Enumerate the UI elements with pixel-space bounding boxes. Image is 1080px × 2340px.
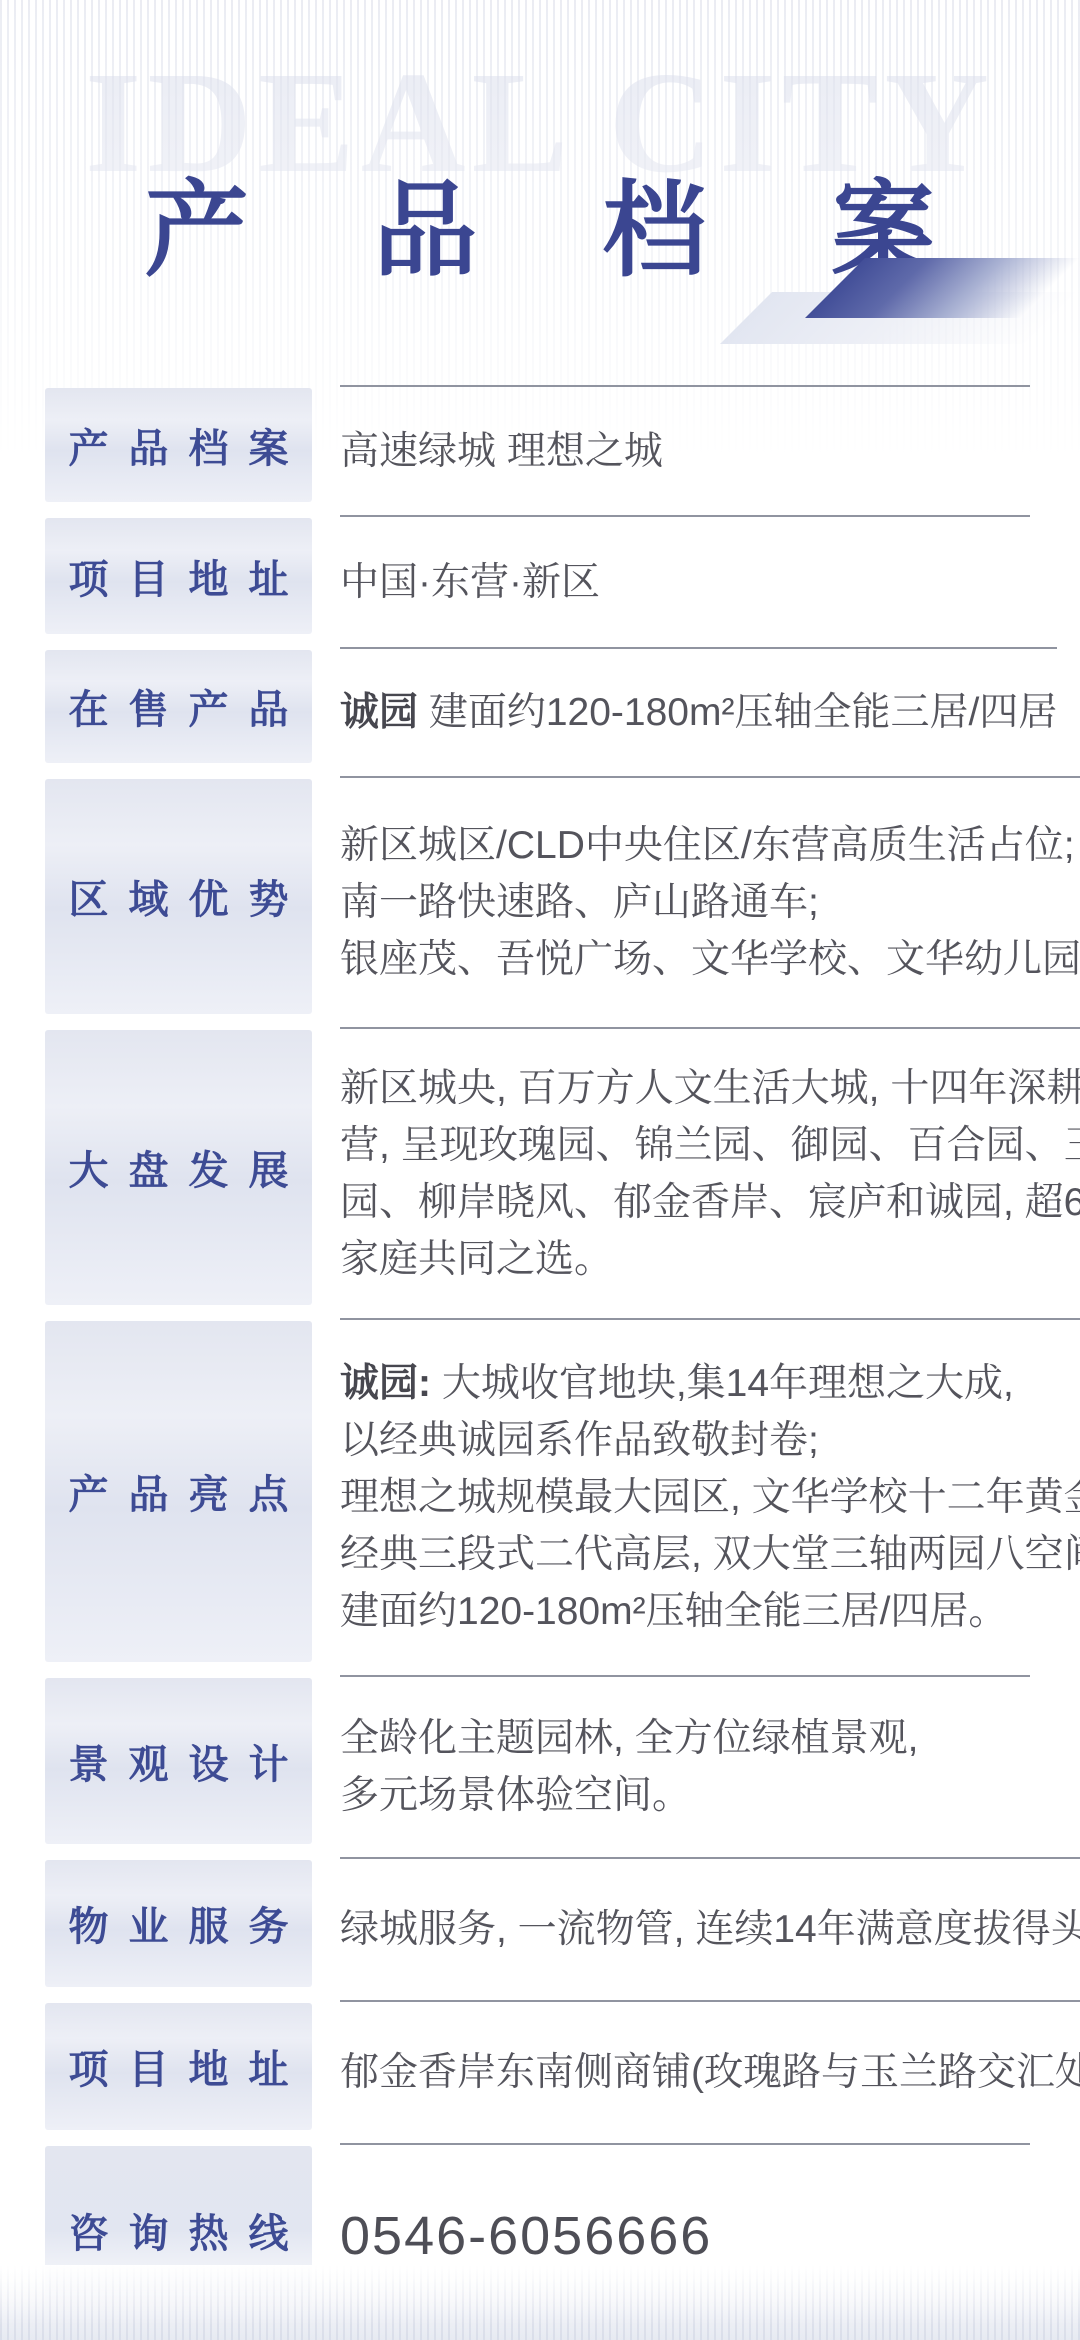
- row-label-block: 产品亮点: [45, 1321, 312, 1662]
- hotline-number: 0546-6056666: [340, 2208, 1030, 2265]
- row-content: 全龄化主题园林, 全方位绿植景观, 多元场景体验空间。: [340, 1675, 1030, 1857]
- row-label-block: 项目地址: [45, 518, 312, 634]
- info-table: 产品档案 高速绿城 理想之城 项目地址 中国·东营·新区 在售产品 诚园 建面约…: [0, 385, 1080, 2328]
- content-line: 以经典诚园系作品致敬封卷;: [340, 1412, 1080, 1469]
- row-content: 郁金香岸东南侧商铺(玫瑰路与玉兰路交汇处): [340, 2000, 1080, 2143]
- row-content: 新区城区/CLD中央住区/东营高质生活占位; 南一路快速路、庐山路通车; 银座茂…: [340, 776, 1080, 1027]
- row-project-address-2: 项目地址 郁金香岸东南侧商铺(玫瑰路与玉兰路交汇处): [0, 2000, 1080, 2143]
- row-content: 诚园 建面约120-180m²压轴全能三居/四居: [340, 647, 1057, 776]
- bold-prefix: 诚园: [340, 691, 418, 734]
- row-property-service: 物业服务 绿城服务, 一流物管, 连续14年满意度拔得头筹: [0, 1857, 1080, 2000]
- bottom-gradient-band: [0, 2265, 1080, 2340]
- row-content: 新区城央, 百万方人文生活大城, 十四年深耕东 营, 呈现玫瑰园、锦兰园、御园、…: [340, 1027, 1080, 1318]
- content-line: 中国·东营·新区: [340, 554, 1030, 611]
- content-text: 建面约120-180m²压轴全能三居/四居: [418, 691, 1057, 734]
- row-label-block: 项目地址: [45, 2003, 312, 2130]
- content-line: 新区城央, 百万方人文生活大城, 十四年深耕东: [340, 1060, 1080, 1117]
- content-line: 诚园 建面约120-180m²压轴全能三居/四居: [340, 684, 1057, 741]
- content-line: 建面约120-180m²压轴全能三居/四居。: [340, 1583, 1080, 1640]
- content-line: 新区城区/CLD中央住区/东营高质生活占位;: [340, 817, 1080, 874]
- content-line: 家庭共同之选。: [340, 1231, 1080, 1288]
- row-content: 中国·东营·新区: [340, 515, 1030, 647]
- content-line: 多元场景体验空间。: [340, 1767, 1030, 1824]
- row-label: 物业服务: [69, 1895, 309, 1952]
- content-line: 诚园: 大城收官地块,集14年理想之大成,: [340, 1355, 1080, 1412]
- row-label-block: 产品档案: [45, 388, 312, 502]
- content-line: 南一路快速路、庐山路通车;: [340, 874, 1080, 931]
- content-line: 理想之城规模最大园区, 文华学校十二年黄金教育链;: [340, 1469, 1080, 1526]
- row-regional-advantage: 区域优势 新区城区/CLD中央住区/东营高质生活占位; 南一路快速路、庐山路通车…: [0, 776, 1080, 1027]
- row-content: 高速绿城 理想之城: [340, 385, 1030, 515]
- row-project-address: 项目地址 中国·东营·新区: [0, 515, 1080, 647]
- row-label: 产品档案: [69, 417, 309, 474]
- row-masterplan-development: 大盘发展 新区城央, 百万方人文生活大城, 十四年深耕东 营, 呈现玫瑰园、锦兰…: [0, 1027, 1080, 1318]
- row-content: 诚园: 大城收官地块,集14年理想之大成, 以经典诚园系作品致敬封卷; 理想之城…: [340, 1318, 1080, 1675]
- row-label-block: 区域优势: [45, 779, 312, 1014]
- content-text: 大城收官地块,集14年理想之大成,: [431, 1362, 1014, 1405]
- row-product-highlights: 产品亮点 诚园: 大城收官地块,集14年理想之大成, 以经典诚园系作品致敬封卷;…: [0, 1318, 1080, 1675]
- row-label: 咨询热线: [69, 2202, 309, 2259]
- row-label-block: 大盘发展: [45, 1030, 312, 1305]
- row-label: 大盘发展: [69, 1139, 309, 1196]
- content-line: 郁金香岸东南侧商铺(玫瑰路与玉兰路交汇处): [340, 2044, 1080, 2101]
- row-label-block: 在售产品: [45, 650, 312, 763]
- row-label-block: 景观设计: [45, 1678, 312, 1844]
- content-line: 园、柳岸晓风、郁金香岸、宸庐和诚园, 超6000户: [340, 1174, 1080, 1231]
- row-on-sale-product: 在售产品 诚园 建面约120-180m²压轴全能三居/四居: [0, 647, 1080, 776]
- row-product-profile: 产品档案 高速绿城 理想之城: [0, 385, 1080, 515]
- row-label: 产品亮点: [69, 1463, 309, 1520]
- row-label-block: 物业服务: [45, 1860, 312, 1987]
- row-label: 区域优势: [69, 868, 309, 925]
- row-label: 项目地址: [69, 548, 309, 605]
- row-content: 绿城服务, 一流物管, 连续14年满意度拔得头筹: [340, 1857, 1080, 2000]
- bold-prefix: 诚园:: [340, 1362, 431, 1405]
- row-label: 在售产品: [69, 678, 309, 735]
- content-line: 营, 呈现玫瑰园、锦兰园、御园、百合园、玉兰花: [340, 1117, 1080, 1174]
- row-label: 景观设计: [69, 1733, 309, 1790]
- content-line: 高速绿城 理想之城: [340, 423, 1030, 480]
- content-line: 经典三段式二代高层, 双大堂三轴两园八空间;: [340, 1526, 1080, 1583]
- content-line: 绿城服务, 一流物管, 连续14年满意度拔得头筹: [340, 1901, 1080, 1958]
- content-line: 全龄化主题园林, 全方位绿植景观,: [340, 1710, 1030, 1767]
- row-label: 项目地址: [69, 2038, 309, 2095]
- row-landscape-design: 景观设计 全龄化主题园林, 全方位绿植景观, 多元场景体验空间。: [0, 1675, 1080, 1857]
- content-line: 银座茂、吾悦广场、文华学校、文华幼儿园。: [340, 931, 1080, 988]
